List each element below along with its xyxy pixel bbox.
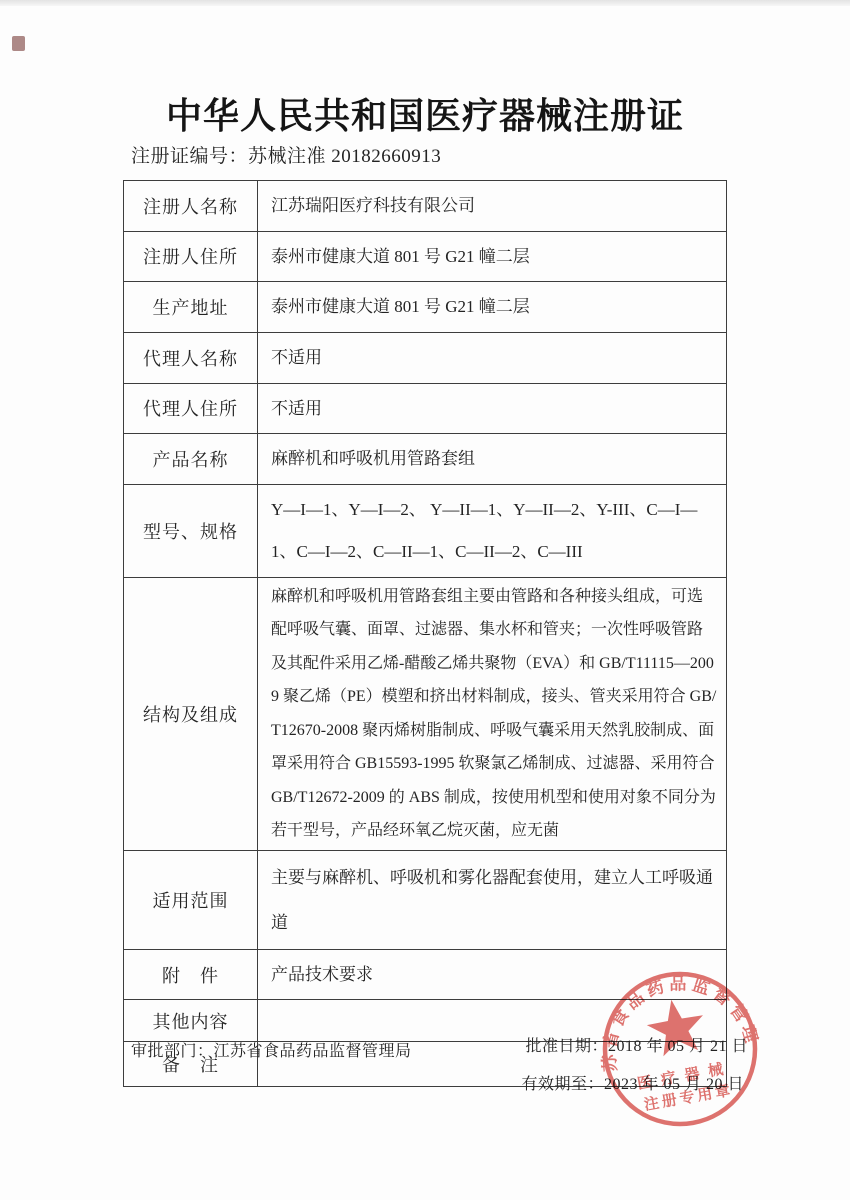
row-label: 适用范围 (124, 850, 258, 949)
table-row: 代理人住所 不适用 (124, 383, 727, 434)
row-value: 麻醉机和呼吸机用管路套组主要由管路和各种接头组成，可选配呼吸气囊、面罩、过滤器、… (258, 577, 727, 850)
row-value: 麻醉机和呼吸机用管路套组 (258, 434, 727, 485)
row-value: 江苏瑞阳医疗科技有限公司 (258, 181, 727, 232)
row-label: 生产地址 (124, 282, 258, 333)
approval-date: 批准日期：2018 年 05 月 21 日 (525, 1033, 748, 1056)
row-value: 不适用 (258, 332, 727, 383)
row-label: 其他内容 (124, 1000, 258, 1042)
row-value: 主要与麻醉机、呼吸机和雾化器配套使用，建立人工呼吸通道 (258, 850, 727, 949)
row-value: Y—I—1、Y—I—2、 Y—II—1、Y—II—2、Y-III、C—I—1、C… (258, 484, 727, 577)
page-title: 中华人民共和国医疗器械注册证 (0, 88, 850, 139)
row-label: 代理人名称 (124, 332, 258, 383)
table-row: 适用范围 主要与麻醉机、呼吸机和雾化器配套使用，建立人工呼吸通道 (124, 850, 727, 949)
cert-number: 注册证编号：苏械注准 20182660913 (131, 141, 441, 168)
table-row: 生产地址 泰州市健康大道 801 号 G21 幢二层 (124, 282, 727, 333)
row-value: 泰州市健康大道 801 号 G21 幢二层 (258, 231, 727, 282)
table-row: 型号、规格 Y—I—1、Y—I—2、 Y—II—1、Y—II—2、Y-III、C… (124, 484, 727, 577)
row-label: 注册人住所 (124, 231, 258, 282)
row-value: 泰州市健康大道 801 号 G21 幢二层 (258, 282, 727, 333)
row-label: 代理人住所 (124, 383, 258, 434)
scan-artifact-mark (12, 36, 25, 51)
table-row: 注册人住所 泰州市健康大道 801 号 G21 幢二层 (124, 231, 727, 282)
registration-table: 注册人名称 江苏瑞阳医疗科技有限公司 注册人住所 泰州市健康大道 801 号 G… (123, 180, 727, 1087)
table-row: 附 件 产品技术要求 (124, 949, 727, 1000)
certificate-page: 中华人民共和国医疗器械注册证 注册证编号：苏械注准 20182660913 注册… (0, 0, 850, 1200)
table-row: 结构及组成 麻醉机和呼吸机用管路套组主要由管路和各种接头组成，可选配呼吸气囊、面… (124, 577, 727, 850)
approval-dept: 审批部门：江苏省食品药品监督管理局 (131, 1038, 412, 1061)
row-label: 结构及组成 (124, 577, 258, 850)
row-value: 不适用 (258, 383, 727, 434)
row-label: 产品名称 (124, 434, 258, 485)
table-row: 注册人名称 江苏瑞阳医疗科技有限公司 (124, 181, 727, 232)
scan-edge-artifact (0, 0, 850, 6)
row-label: 注册人名称 (124, 181, 258, 232)
table-row: 产品名称 麻醉机和呼吸机用管路套组 (124, 434, 727, 485)
row-value: 产品技术要求 (258, 949, 727, 1000)
table-row: 代理人名称 不适用 (124, 332, 727, 383)
row-label: 型号、规格 (124, 484, 258, 577)
row-label: 附 件 (124, 949, 258, 1000)
valid-until: 有效期至：2023 年 05 月 20 日 (521, 1071, 744, 1094)
